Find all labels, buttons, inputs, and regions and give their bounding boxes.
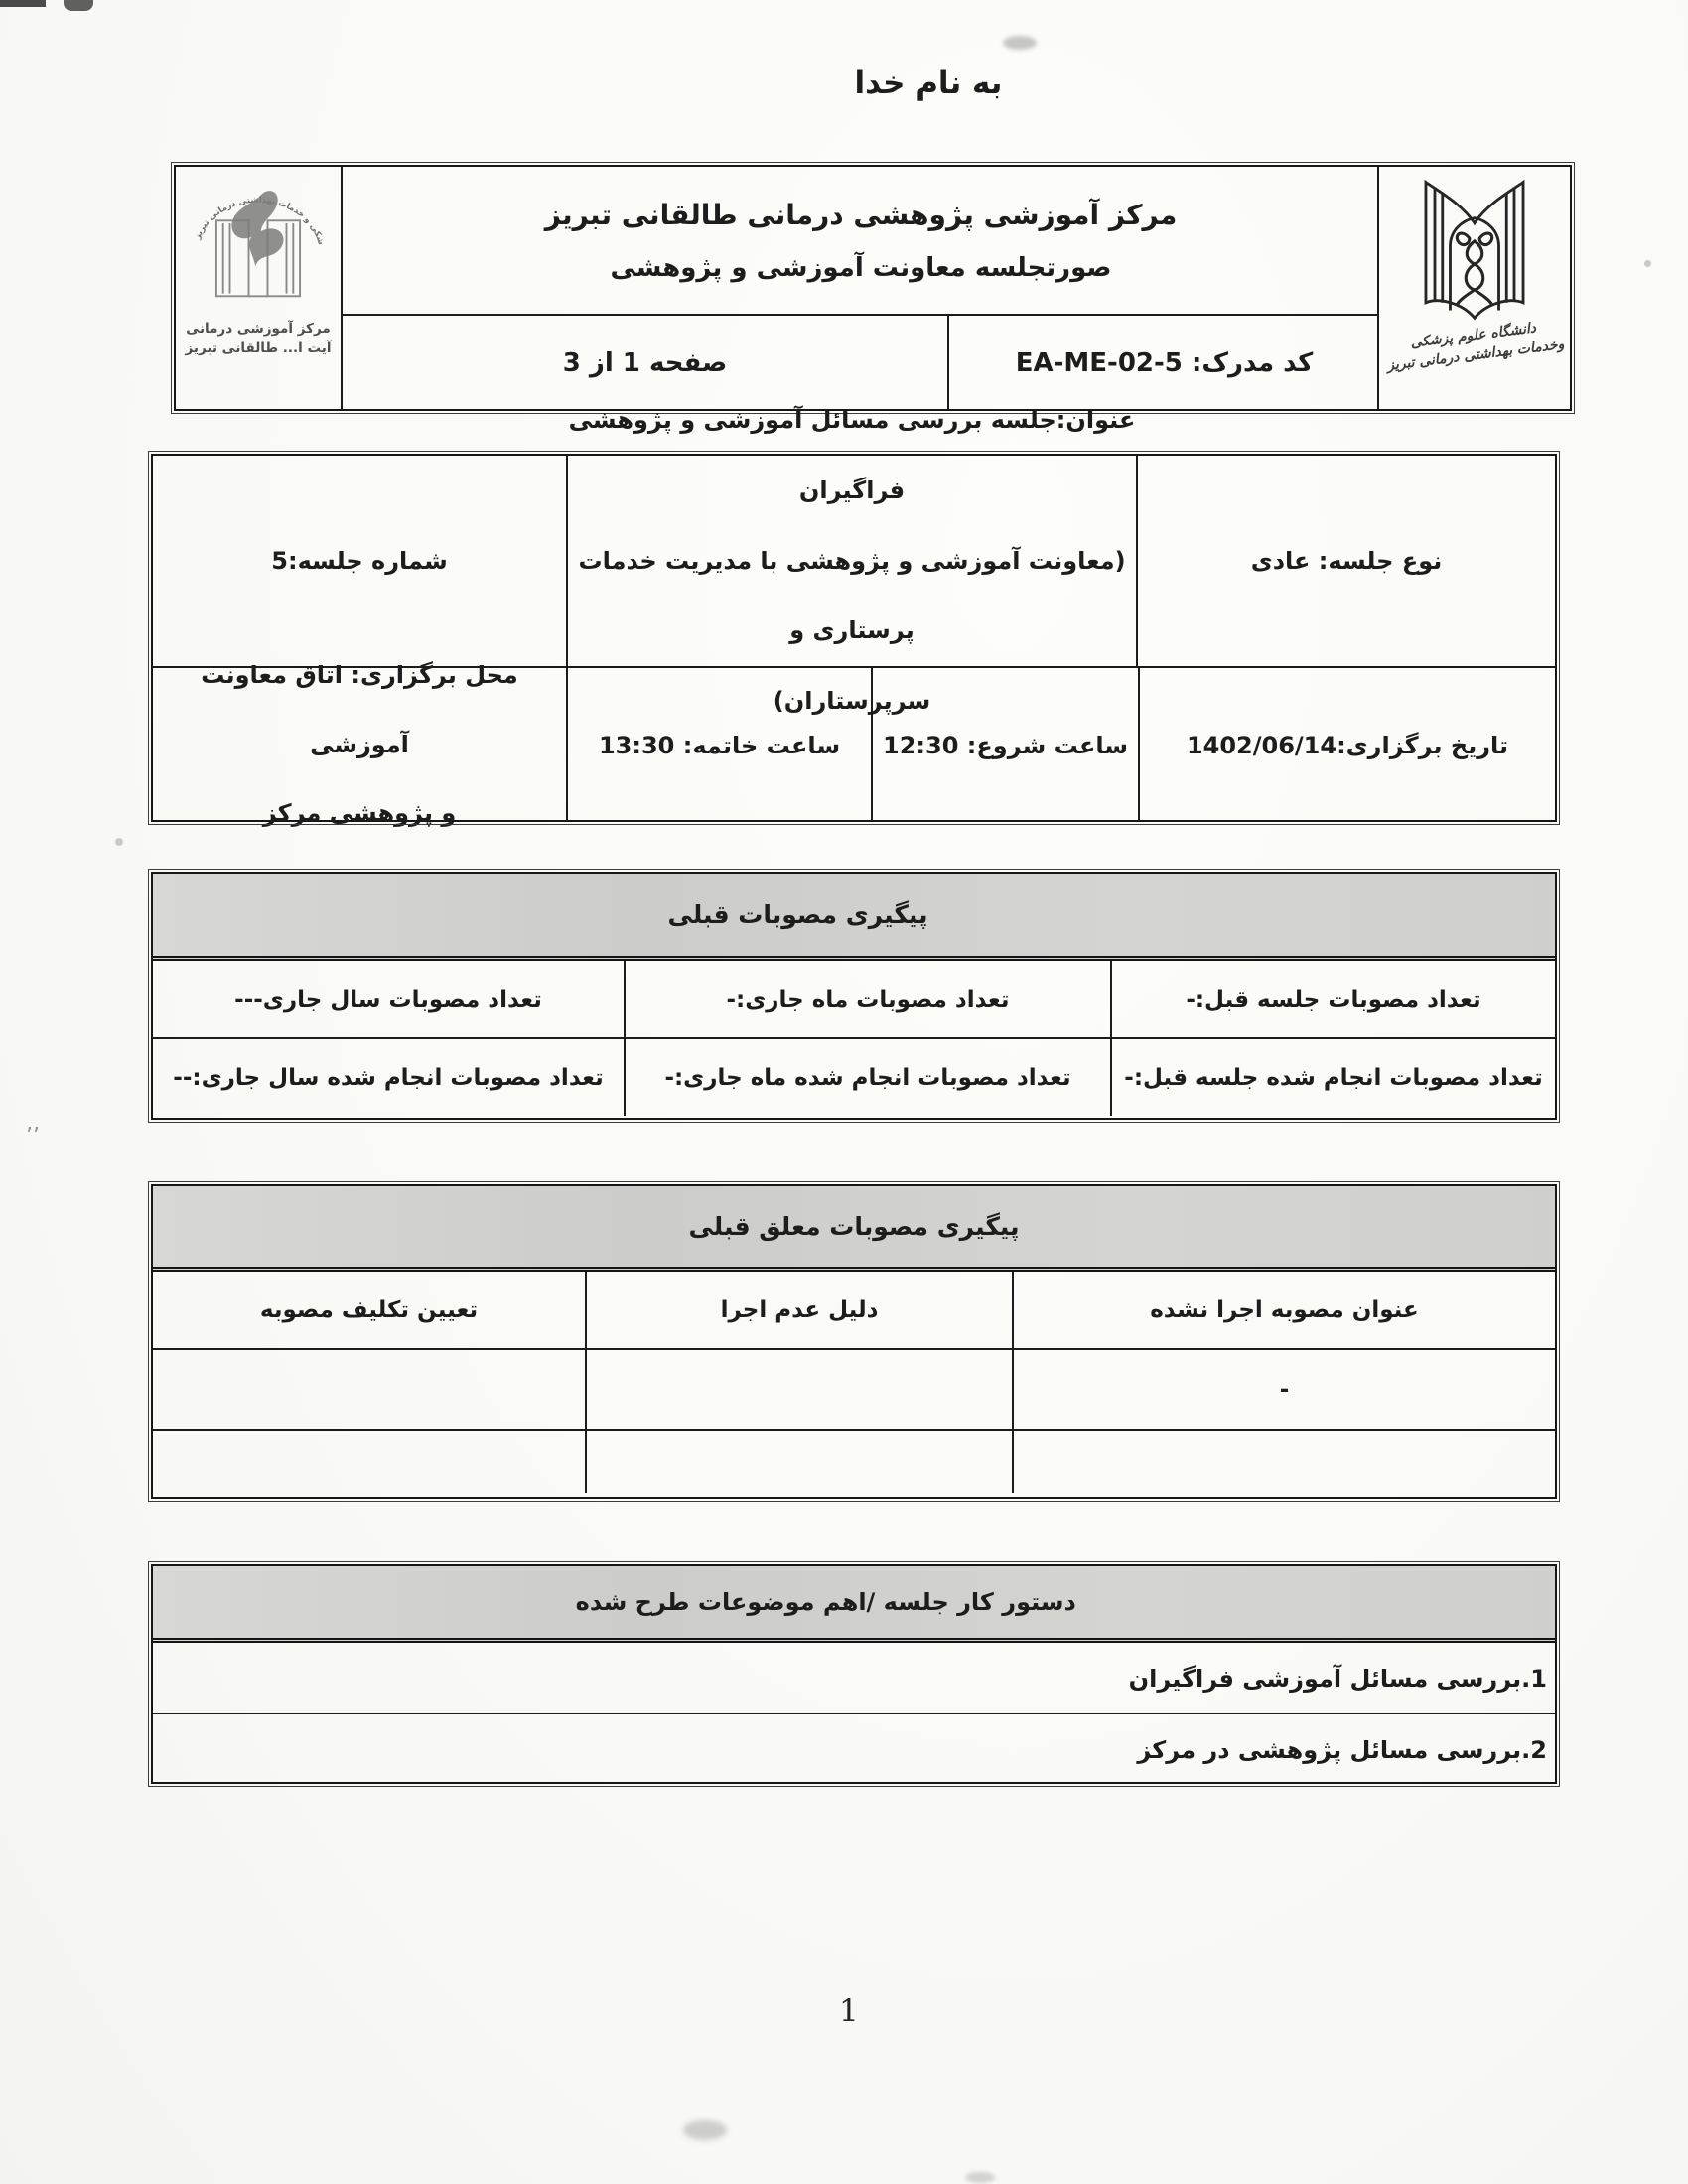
dna-ornament: [1457, 233, 1492, 305]
scan-artifact: [115, 838, 123, 846]
meeting-date-cell: تاریخ برگزاری:1402/06/14: [1138, 668, 1555, 822]
agenda-item-1: 1.بررسی مسائل آموزشی فراگیران: [153, 1643, 1555, 1714]
scan-artifact: [683, 2120, 727, 2140]
pending-row2-decision-cell: [153, 1431, 585, 1493]
hospital-logo-caption: مرکز آموزشی درمانی آیت ا... طالقانی تبری…: [176, 320, 341, 358]
count-current-year-cell: تعداد مصوبات سال جاری---: [153, 961, 624, 1037]
previous-resolutions-table: پیگیری مصوبات قبلی تعداد مصوبات جلسه قبل…: [151, 872, 1557, 1120]
bismillah-heading: به نام خدا: [855, 66, 1003, 101]
done-current-month-cell: تعداد مصوبات انجام شده ماه جاری:-: [624, 1039, 1110, 1116]
agenda-title: دستور کار جلسه /اهم موضوعات طرح شده: [576, 1588, 1076, 1616]
previous-resolutions-header: پیگیری مصوبات قبلی: [153, 874, 1555, 961]
location-line2: و پژوهشی مرکز: [153, 779, 566, 849]
col-header-unexecuted-title: عنوان مصوبه اجرا نشده: [1012, 1272, 1555, 1348]
agenda-item-2: 2.بررسی مسائل پژوهشی در مرکز: [153, 1714, 1555, 1786]
hospital-caption-line2: آیت ا... طالقانی تبریز: [176, 340, 341, 359]
scanned-document-page: به نام خدا دانشگاه علوم پزشکی و خدمات به…: [0, 0, 1688, 2184]
pending-row1-title-cell: -: [1012, 1350, 1555, 1429]
hospital-caption-line1: مرکز آموزشی درمانی: [176, 320, 341, 340]
hospital-logo-icon: دانشگاه علوم پزشکی و خدمات بهداشتی درمان…: [184, 167, 333, 318]
done-current-year-cell: تعداد مصوبات انجام شده سال جاری:--: [153, 1039, 624, 1116]
scan-artifact: [26, 1124, 42, 1142]
scan-artifact: [1644, 260, 1651, 267]
end-time-cell: ساعت خاتمه: 13:30: [566, 668, 871, 822]
meeting-title-line1: عنوان:جلسه بررسی مسائل آموزشی و پژوهشی ف…: [568, 385, 1136, 526]
previous-resolutions-title: پیگیری مصوبات قبلی: [668, 900, 928, 929]
meeting-info-table: نوع جلسه: عادی عنوان:جلسه بررسی مسائل آم…: [151, 454, 1557, 822]
scan-artifact: [64, 0, 93, 11]
meeting-type-cell: نوع جلسه: عادی: [1136, 456, 1555, 666]
pending-resolutions-header: پیگیری مصوبات معلق قبلی: [153, 1186, 1555, 1272]
agenda-table: دستور کار جلسه /اهم موضوعات طرح شده 1.بر…: [151, 1564, 1557, 1784]
scan-artifact: [1003, 36, 1037, 50]
count-prev-meeting-cell: تعداد مصوبات جلسه قبل:-: [1110, 961, 1555, 1037]
count-current-month-cell: تعداد مصوبات ماه جاری:-: [624, 961, 1110, 1037]
agenda-header: دستور کار جلسه /اهم موضوعات طرح شده: [153, 1566, 1555, 1643]
col-header-decision: تعیین تکلیف مصوبه: [153, 1272, 585, 1348]
meeting-number-cell: شماره جلسه:5: [153, 456, 566, 666]
done-prev-meeting-cell: تعداد مصوبات انجام شده جلسه قبل:-: [1110, 1039, 1555, 1116]
page-number: 1: [839, 1993, 859, 2029]
start-time-cell: ساعت شروع: 12:30: [871, 668, 1138, 822]
header-title-cell: مرکز آموزشی پژوهشی درمانی طالقانی تبریز …: [343, 167, 1379, 409]
pending-resolutions-title: پیگیری مصوبات معلق قبلی: [689, 1212, 1020, 1241]
location-cell: محل برگزاری: اتاق معاونت آموزشی و پژوهشی…: [153, 668, 566, 822]
scan-artifact: [965, 2172, 995, 2183]
pending-resolutions-table: پیگیری مصوبات معلق قبلی عنوان مصوبه اجرا…: [151, 1184, 1557, 1499]
pending-row2-title-cell: [1012, 1431, 1555, 1493]
location-line1: محل برگزاری: اتاق معاونت آموزشی: [153, 641, 566, 779]
col-header-reason: دلیل عدم اجرا: [585, 1272, 1012, 1348]
scan-artifact: [0, 0, 46, 7]
pending-row1-reason-cell: [585, 1350, 1012, 1429]
university-logo-cell: دانشگاه علوم پزشکی وخدمات بهداشتی درمانی…: [1377, 167, 1570, 409]
meeting-title-cell: عنوان:جلسه بررسی مسائل آموزشی و پژوهشی ف…: [566, 456, 1136, 666]
hospital-logo-cell: دانشگاه علوم پزشکی و خدمات بهداشتی درمان…: [176, 167, 343, 409]
pending-row1-decision-cell: [153, 1350, 585, 1429]
university-logo-icon: [1395, 167, 1554, 326]
pending-row2-reason-cell: [585, 1431, 1012, 1493]
meeting-title-line2: (معاونت آموزشی و پژوهشی با مدیریت خدمات …: [568, 526, 1136, 667]
org-title: مرکز آموزشی پژوهشی درمانی طالقانی تبریز: [545, 199, 1178, 231]
doc-title: صورتجلسه معاونت آموزشی و پژوهشی: [610, 253, 1111, 283]
header-table: دانشگاه علوم پزشکی و خدمات بهداشتی درمان…: [174, 165, 1572, 411]
